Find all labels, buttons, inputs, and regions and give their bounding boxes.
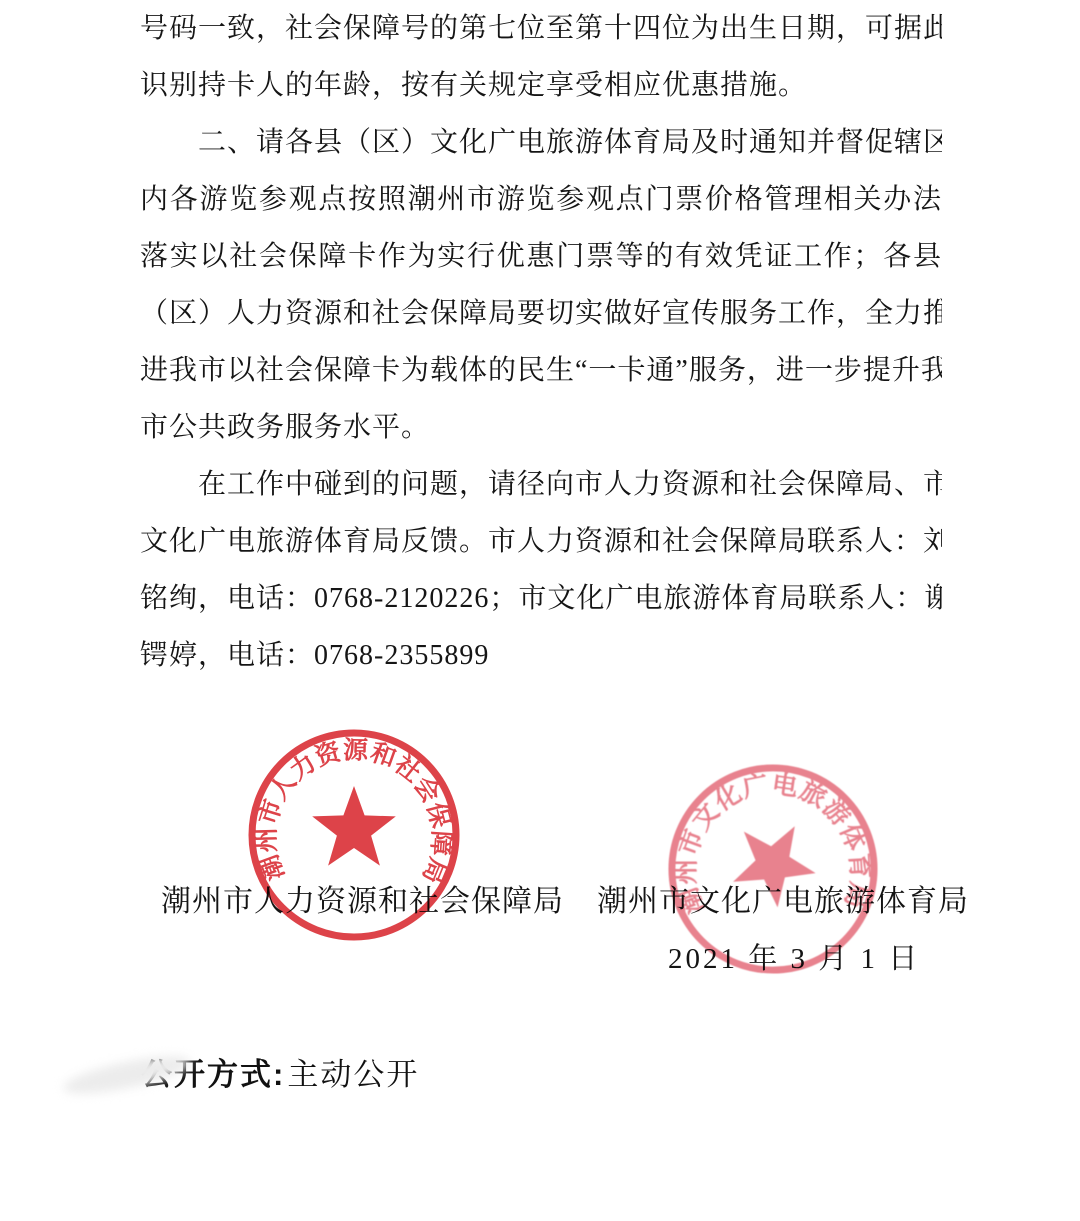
body-line: 识别持卡人的年龄，按有关规定享受相应优惠措施。 — [140, 57, 942, 114]
disclosure-row: 公开方式:主动公开 — [141, 1049, 419, 1094]
star-icon — [312, 786, 396, 866]
disclosure-colon: : — [273, 1057, 283, 1092]
body-line: 文化广电旅游体育局反馈。市人力资源和社会保障局联系人：刘 — [140, 513, 942, 570]
body-line: 铭绚，电话：0768-2120226；市文化广电旅游体育局联系人：谢 — [140, 570, 942, 627]
body-line: 在工作中碰到的问题，请径向市人力资源和社会保障局、市 — [140, 456, 942, 513]
body-line: （区）人力资源和社会保障局要切实做好宣传服务工作，全力推 — [140, 285, 942, 342]
official-seal-left: 潮州市人力资源和社会保障局 — [243, 724, 465, 946]
document-page: 号码一致，社会保障号的第七位至第十四位为出生日期，可据此 识别持卡人的年龄，按有… — [0, 0, 1080, 1221]
official-seal-right: 潮州市文化广电旅游体育局 — [663, 759, 883, 979]
body-line: 二、请各县（区）文化广电旅游体育局及时通知并督促辖区 — [140, 114, 942, 171]
body-line: 内各游览参观点按照潮州市游览参观点门票价格管理相关办法 — [140, 171, 942, 228]
star-icon — [719, 806, 830, 916]
body-line: 号码一致，社会保障号的第七位至第十四位为出生日期，可据此 — [140, 0, 942, 57]
body-line: 市公共政务服务水平。 — [140, 399, 942, 456]
disclosure-value: 主动公开 — [287, 1057, 419, 1092]
body-text: 号码一致，社会保障号的第七位至第十四位为出生日期，可据此 识别持卡人的年龄，按有… — [140, 0, 942, 684]
body-line: 锷婷，电话：0768-2355899 — [140, 627, 942, 684]
body-line: 落实以社会保障卡作为实行优惠门票等的有效凭证工作；各县 — [140, 228, 942, 285]
body-line: 进我市以社会保障卡为载体的民生“一卡通”服务，进一步提升我 — [140, 342, 942, 399]
